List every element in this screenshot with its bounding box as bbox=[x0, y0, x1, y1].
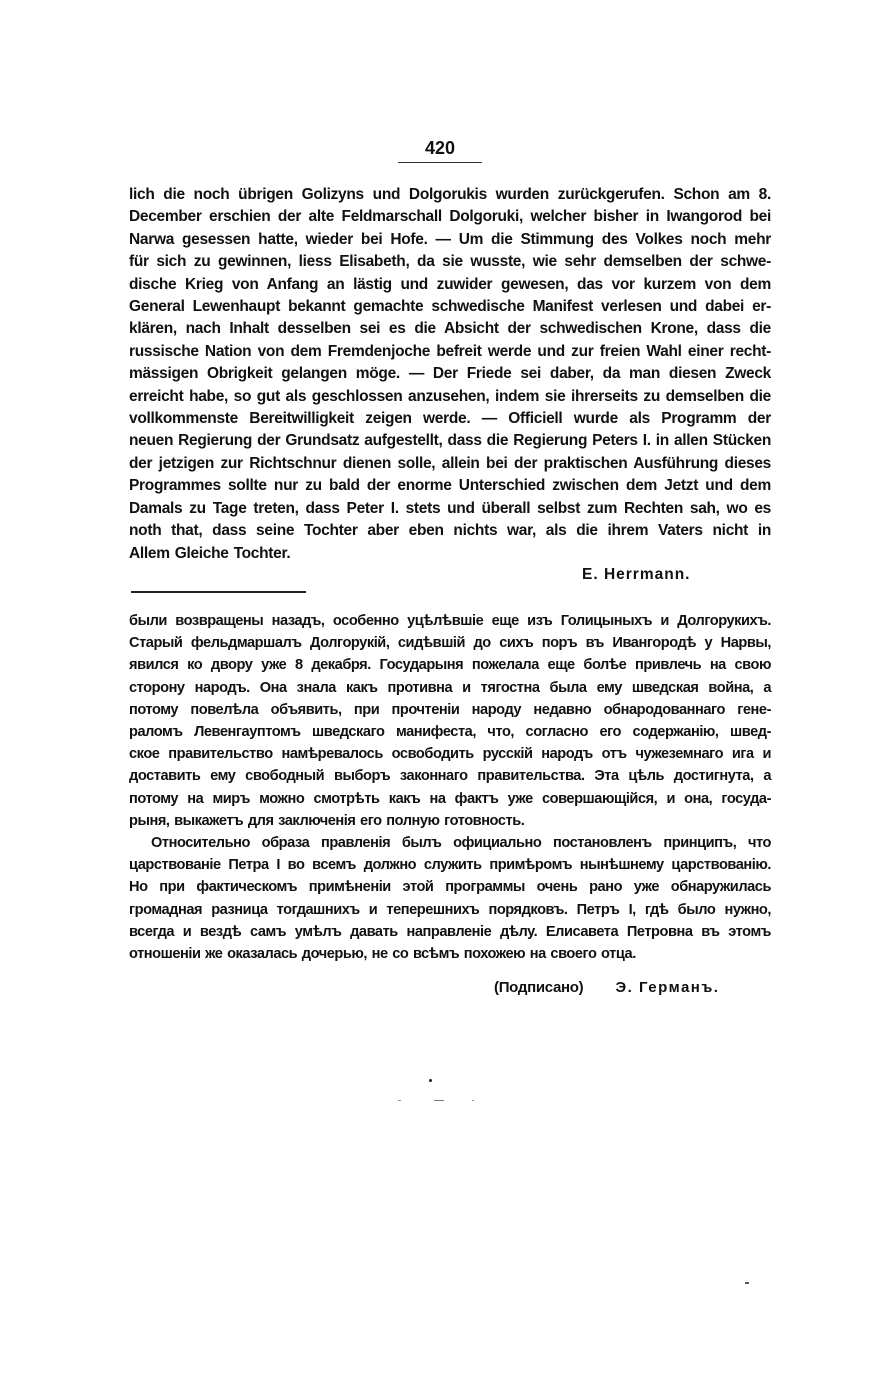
text-line: erreicht habe, so gut als geschlossen an… bbox=[129, 386, 771, 408]
text-line: Но при фактическомъ примѣненіи этой прог… bbox=[129, 876, 771, 898]
german-signature: E. Herrmann. bbox=[582, 566, 690, 584]
page-number: 420 bbox=[380, 138, 500, 159]
text-line: Относительно образа правленія былъ офици… bbox=[129, 832, 771, 854]
text-line: russische Nation von dem Fremdenjoche be… bbox=[129, 341, 771, 363]
text-line: ское правительство намѣревалось освободи… bbox=[129, 743, 771, 765]
text-line: раломъ Левенгауптомъ шведскаго манифеста… bbox=[129, 721, 771, 743]
text-line: dische Krieg von Anfang an lästig und zu… bbox=[129, 274, 771, 296]
signature-name: Э. Германъ. bbox=[616, 979, 720, 996]
text-line: der jetzigen zur Richtschnur dienen soll… bbox=[129, 453, 771, 475]
text-line: mässigen Obrigkeit gelangen möge. — Der … bbox=[129, 363, 771, 385]
text-line: vollkommenste Bereitwilligkeit zeigen we… bbox=[129, 408, 771, 430]
text-line: Damals zu Tage treten, dass Peter I. ste… bbox=[129, 498, 771, 520]
text-line: General Lewenhaupt bekannt gemachte schw… bbox=[129, 296, 771, 318]
text-line: Старый фельдмаршалъ Долгорукій, сидѣвшій… bbox=[129, 632, 771, 654]
russian-paragraph: были возвращены назадъ, особенно уцѣлѣвш… bbox=[129, 610, 771, 965]
text-line: Allem Gleiche Tochter. bbox=[129, 543, 771, 565]
russian-signature: (Подписано) Э. Германъ. bbox=[494, 979, 719, 996]
text-line: царствованіе Петра I во всемъ должно слу… bbox=[129, 854, 771, 876]
text-line: für sich zu gewinnen, liess Elisabeth, d… bbox=[129, 251, 771, 273]
german-paragraph: lich die noch übrigen Golizyns und Dolgo… bbox=[129, 184, 771, 565]
text-line: сторону народъ. Она знала какъ противна … bbox=[129, 677, 771, 699]
text-line: Programmes sollte nur zu bald der enorme… bbox=[129, 475, 771, 497]
text-line: явился ко двору уже 8 декабря. Государын… bbox=[129, 654, 771, 676]
scan-speck bbox=[429, 1079, 432, 1082]
scan-speck bbox=[398, 1100, 401, 1101]
scan-speck bbox=[434, 1100, 444, 1101]
text-line: Narwa gesessen hatte, wieder bei Hofe. —… bbox=[129, 229, 771, 251]
text-line: доставить ему свободный выборъ законнаго… bbox=[129, 765, 771, 787]
text-line: всегда и вездѣ самъ умѣлъ давать направл… bbox=[129, 921, 771, 943]
text-line: потому повелѣла объявить, при прочтеніи … bbox=[129, 699, 771, 721]
page-number-underline bbox=[398, 162, 482, 163]
scan-speck bbox=[745, 1282, 749, 1284]
text-line: lich die noch übrigen Golizyns und Dolgo… bbox=[129, 184, 771, 206]
text-line: потому на миръ можно смотрѣть какъ на фа… bbox=[129, 788, 771, 810]
text-line: December erschien der alte Feldmarschall… bbox=[129, 206, 771, 228]
signed-label: (Подписано) bbox=[494, 979, 583, 996]
text-line: были возвращены назадъ, особенно уцѣлѣвш… bbox=[129, 610, 771, 632]
text-line: klären, nach Inhalt desselben sei es die… bbox=[129, 318, 771, 340]
text-line: громадная разница тогдашнихъ и теперешни… bbox=[129, 899, 771, 921]
scan-speck bbox=[472, 1100, 474, 1101]
section-divider-rule bbox=[131, 591, 306, 593]
text-line: neuen Regierung der Grundsatz aufgestell… bbox=[129, 430, 771, 452]
text-line: отношеніи же оказалась дочерью, не со вс… bbox=[129, 943, 771, 965]
text-line: рыня, выкажетъ для заключенія его полную… bbox=[129, 810, 771, 832]
text-line: noth that, dass seine Tochter aber eben … bbox=[129, 520, 771, 542]
